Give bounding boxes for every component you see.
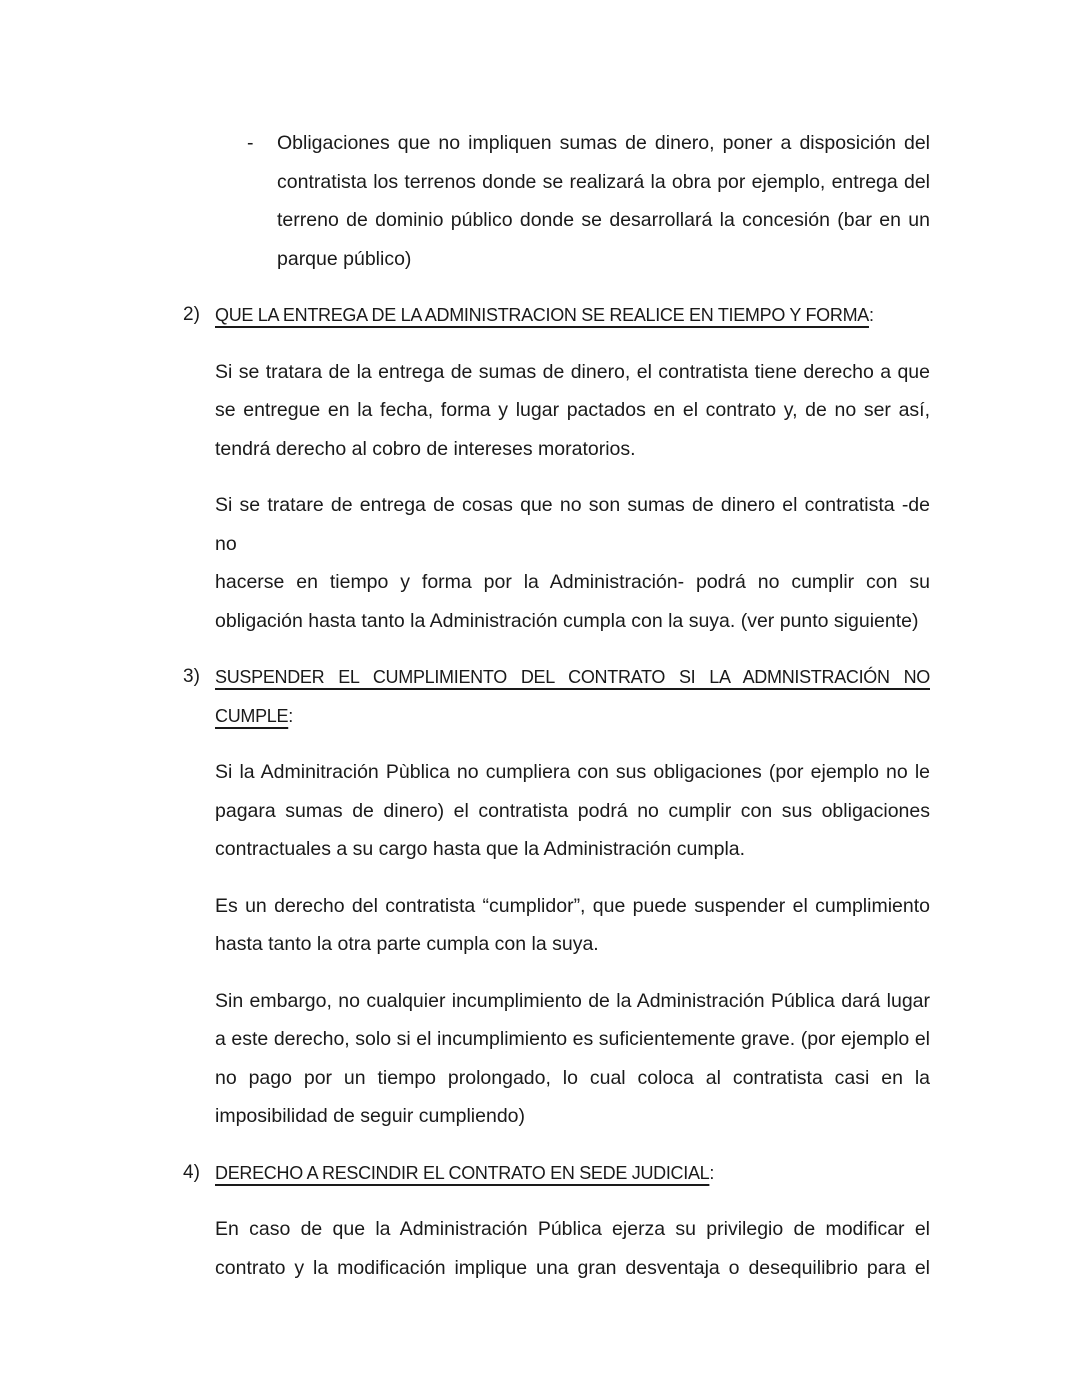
text-line: Si se tratare de entrega de cosas que no… <box>215 486 930 563</box>
text-line: imposibilidad de seguir cumpliendo) <box>215 1097 930 1136</box>
list-number: 3) <box>183 658 200 697</box>
section-heading: 3)SUSPENDER EL CUMPLIMIENTO DEL CONTRATO… <box>215 658 930 735</box>
heading-underlined-text: DERECHO A RESCINDIR EL CONTRATO EN SEDE … <box>215 1163 709 1183</box>
text-line: tendrá derecho al cobro de intereses mor… <box>215 430 930 469</box>
text-line: a este derecho, solo si el incumplimient… <box>215 1020 930 1059</box>
text-line: contratista los terrenos donde se realiz… <box>277 163 930 202</box>
paragraph: Si se tratare de entrega de cosas que no… <box>215 486 930 640</box>
text-line: Si la Adminitración Pùblica no cumpliera… <box>215 753 930 792</box>
text-line: En caso de que la Administración Pública… <box>215 1210 930 1249</box>
heading-underlined-text: QUE LA ENTREGA DE LA ADMINISTRACION SE R… <box>215 305 869 325</box>
list-number: 2) <box>183 296 200 335</box>
text-line: hacerse en tiempo y forma por la Adminis… <box>215 563 930 602</box>
document-page: -Obligaciones que no impliquen sumas de … <box>0 0 1080 1397</box>
bullet-item: -Obligaciones que no impliquen sumas de … <box>277 124 930 278</box>
text-line: Es un derecho del contratista “cumplidor… <box>215 887 930 926</box>
text-line: Obligaciones que no impliquen sumas de d… <box>277 124 930 163</box>
section-heading: 2)QUE LA ENTREGA DE LA ADMINISTRACION SE… <box>215 296 930 335</box>
text-line: SUSPENDER EL CUMPLIMIENTO DEL CONTRATO S… <box>215 658 930 697</box>
text-line: Sin embargo, no cualquier incumplimiento… <box>215 982 930 1021</box>
text-line: obligación hasta tanto la Administración… <box>215 602 930 641</box>
text-line: se entregue en la fecha, forma y lugar p… <box>215 391 930 430</box>
paragraph: Si la Adminitración Pùblica no cumpliera… <box>215 753 930 869</box>
section-heading: 4)DERECHO A RESCINDIR EL CONTRATO EN SED… <box>215 1154 930 1193</box>
heading-underlined-text: CUMPLE <box>215 706 288 726</box>
text-line: terreno de dominio público donde se desa… <box>277 201 930 240</box>
heading-colon: : <box>869 305 874 325</box>
paragraph: En caso de que la Administración Pública… <box>215 1210 930 1287</box>
text-line: contractuales a su cargo hasta que la Ad… <box>215 830 930 869</box>
text-line: CUMPLE: <box>215 697 930 736</box>
text-line: Si se tratara de la entrega de sumas de … <box>215 353 930 392</box>
list-number: 4) <box>183 1154 200 1193</box>
heading-colon: : <box>709 1163 714 1183</box>
text-line: DERECHO A RESCINDIR EL CONTRATO EN SEDE … <box>215 1154 930 1193</box>
text-line: contrato y la modificación implique una … <box>215 1249 930 1288</box>
paragraph: Es un derecho del contratista “cumplidor… <box>215 887 930 964</box>
text-line: pagara sumas de dinero) el contratista p… <box>215 792 930 831</box>
text-line: QUE LA ENTREGA DE LA ADMINISTRACION SE R… <box>215 296 930 335</box>
paragraph: Si se tratara de la entrega de sumas de … <box>215 353 930 469</box>
paragraph: Sin embargo, no cualquier incumplimiento… <box>215 982 930 1136</box>
text-line: hasta tanto la otra parte cumpla con la … <box>215 925 930 964</box>
text-line: no pago por un tiempo prolongado, lo cua… <box>215 1059 930 1098</box>
text-line: parque público) <box>277 240 930 279</box>
heading-colon: : <box>288 706 293 726</box>
bullet-dash-marker: - <box>247 124 254 163</box>
heading-underlined-text: SUSPENDER EL CUMPLIMIENTO DEL CONTRATO S… <box>215 667 930 687</box>
